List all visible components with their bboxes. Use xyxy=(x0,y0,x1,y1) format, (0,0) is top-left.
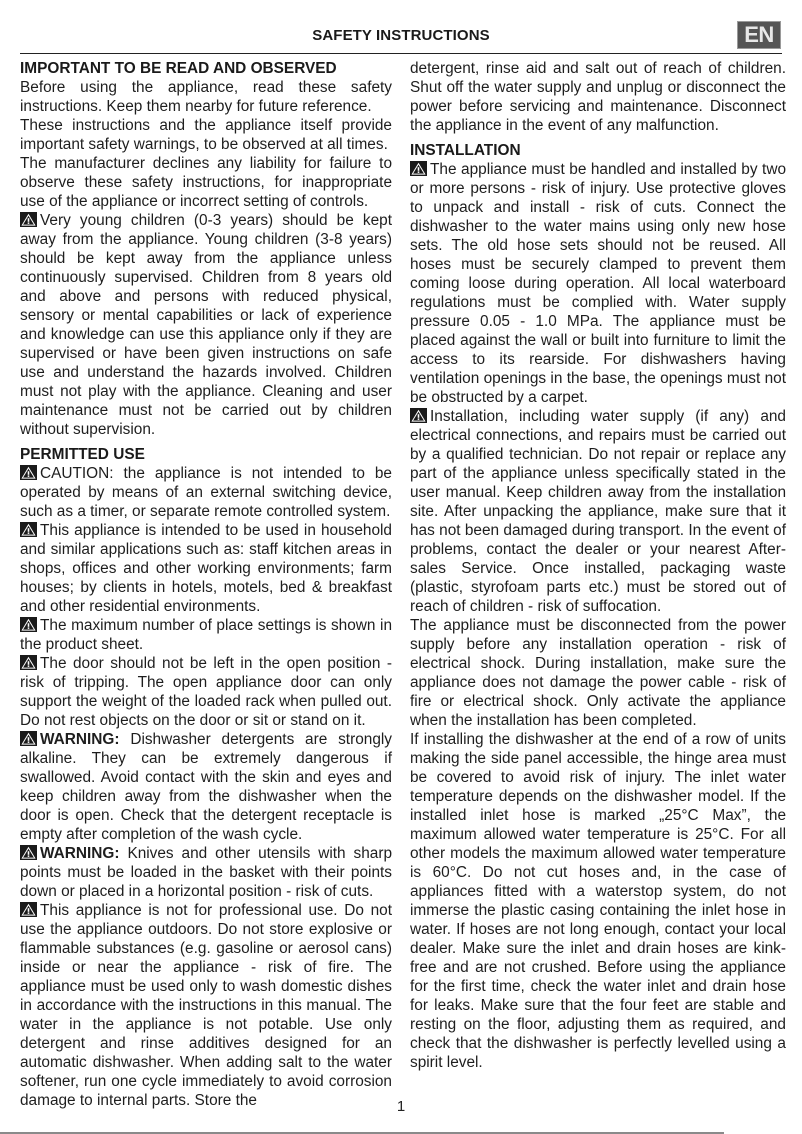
warning-label: WARNING: xyxy=(40,845,120,862)
warning-paragraph: The maximum number of place settings is … xyxy=(20,616,392,654)
page-title: SAFETY INSTRUCTIONS xyxy=(0,27,802,44)
section-heading-permitted-use: PERMITTED USE xyxy=(20,445,392,464)
warning-triangle-icon xyxy=(20,902,37,917)
warning-paragraph: Very young children (0-3 years) should b… xyxy=(20,211,392,439)
paragraph: These instructions and the appliance its… xyxy=(20,116,392,154)
section-heading-important: IMPORTANT TO BE READ AND OBSERVED xyxy=(20,59,392,78)
warning-paragraph: Installation, including water supply (if… xyxy=(410,407,786,616)
warning-triangle-icon xyxy=(20,655,37,670)
warning-triangle-icon xyxy=(20,465,37,480)
warning-paragraph: CAUTION: the appliance is not intended t… xyxy=(20,464,392,521)
paragraph: The manufacturer declines any liability … xyxy=(20,154,392,211)
page-number: 1 xyxy=(0,1098,802,1115)
paragraph: Before using the appliance, read these s… xyxy=(20,78,392,116)
left-column: IMPORTANT TO BE READ AND OBSERVED Before… xyxy=(20,59,392,1110)
warning-paragraph: WARNING: Knives and other utensils with … xyxy=(20,844,392,901)
warning-paragraph: The appliance must be handled and instal… xyxy=(410,160,786,407)
warning-paragraph: The door should not be left in the open … xyxy=(20,654,392,730)
warning-triangle-icon xyxy=(20,731,37,746)
warning-triangle-icon xyxy=(20,617,37,632)
warning-triangle-icon xyxy=(20,845,37,860)
warning-triangle-icon xyxy=(20,522,37,537)
warning-triangle-icon xyxy=(410,408,427,423)
paragraph: detergent, rinse aid and salt out of rea… xyxy=(410,59,786,135)
warning-paragraph: WARNING: Dishwasher detergents are stron… xyxy=(20,730,392,844)
warning-paragraph: This appliance is not for professional u… xyxy=(20,901,392,1110)
warning-triangle-icon xyxy=(20,212,37,227)
paragraph: If installing the dishwasher at the end … xyxy=(410,730,786,1072)
right-column: detergent, rinse aid and salt out of rea… xyxy=(410,59,786,1072)
language-badge: EN xyxy=(737,21,781,49)
header-divider xyxy=(20,53,782,54)
paragraph: The appliance must be disconnected from … xyxy=(410,616,786,730)
warning-label: WARNING: xyxy=(40,731,120,748)
warning-triangle-icon xyxy=(410,161,427,176)
section-heading-installation: INSTALLATION xyxy=(410,141,786,160)
warning-paragraph: This appliance is intended to be used in… xyxy=(20,521,392,616)
